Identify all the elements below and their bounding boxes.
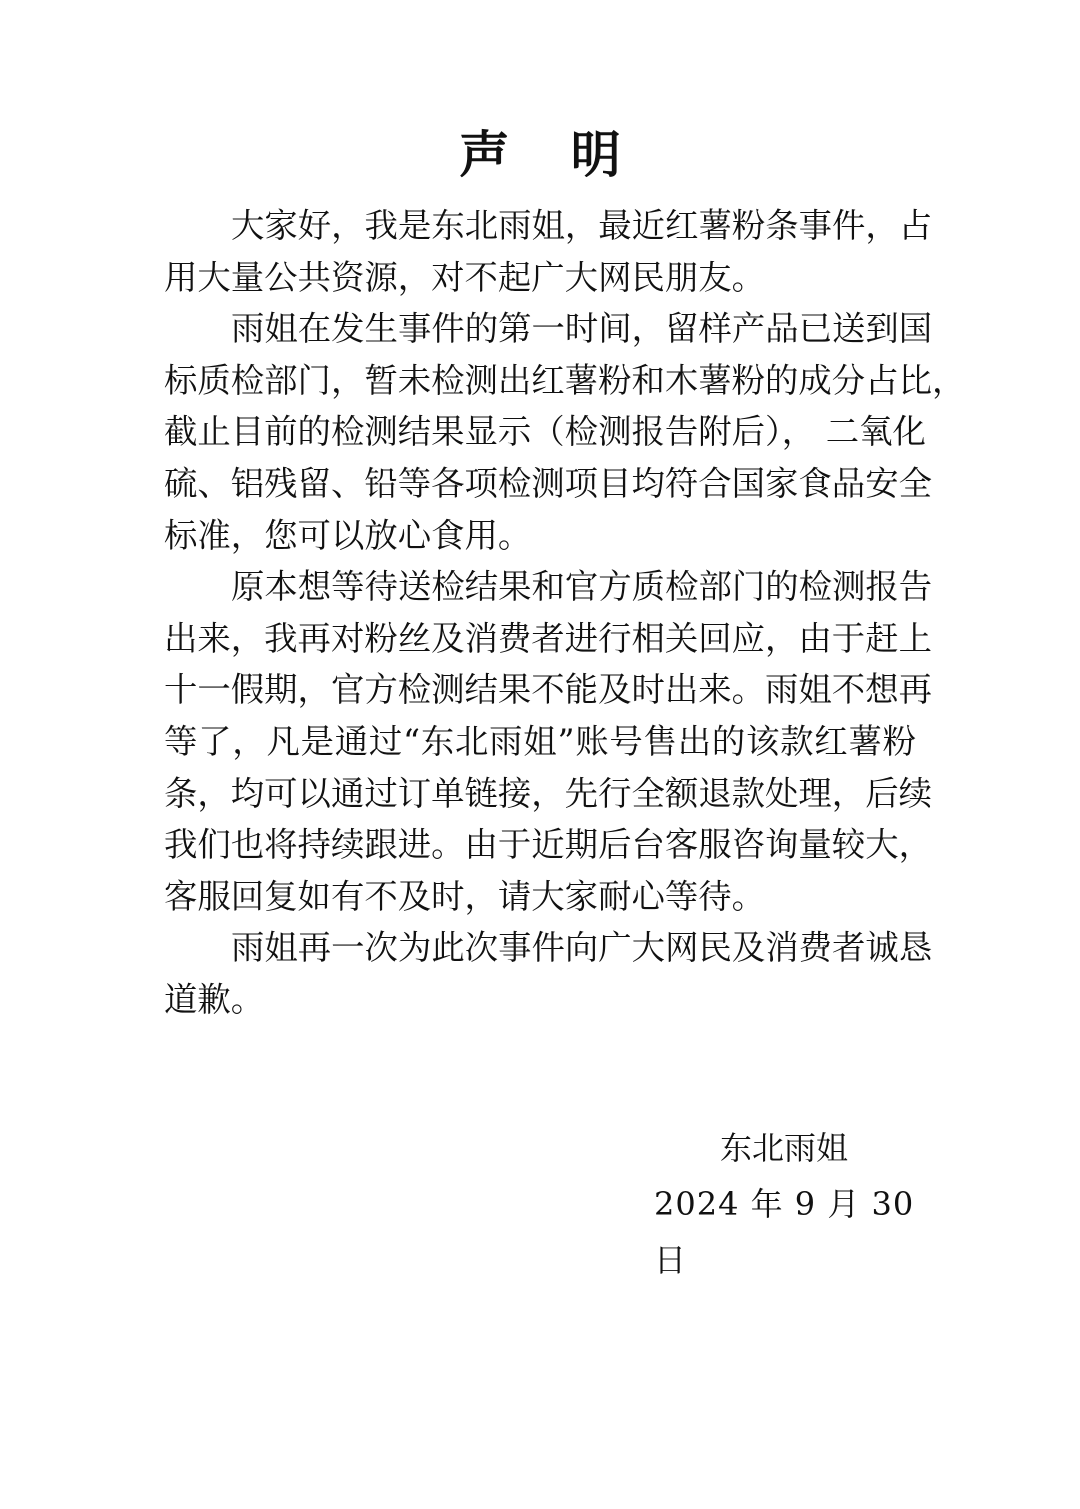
text-line: 大家好，我是东北雨姐，最近红薯粉条事件，占 [164,200,916,252]
paragraph-refund: 原本想等待送检结果和官方质检部门的检测报告 出来，我再对粉丝及消费者进行相关回应… [164,561,916,922]
text-line: 雨姐在发生事件的第一时间，留样产品已送到国 [164,303,916,355]
text-line: 雨姐再一次为此次事件向广大网民及消费者诚恳 [164,922,916,974]
paragraph-closing-apology: 雨姐再一次为此次事件向广大网民及消费者诚恳 道歉。 [164,922,916,1025]
text-line: 用大量公共资源，对不起广大网民朋友。 [164,252,916,304]
text-line: 等了，凡是通过“东北雨姐”账号售出的该款红薯粉 [164,716,916,768]
signature-block: 东北雨姐 2024 年 9 月 30 日 [640,1120,920,1288]
text-line: 十一假期，官方检测结果不能及时出来。雨姐不想再 [164,664,916,716]
document-title: 声 明 [0,120,1080,190]
text-line: 标质检部门，暂未检测出红薯粉和木薯粉的成分占比， [164,355,916,407]
signature-date: 2024 年 9 月 30 日 [640,1176,920,1288]
text-line: 道歉。 [164,974,916,1026]
text-line: 截止目前的检测结果显示（检测报告附后）， 二氧化 [164,406,916,458]
text-line: 硫、铝残留、铅等各项检测项目均符合国家食品安全 [164,458,916,510]
text-line: 出来，我再对粉丝及消费者进行相关回应，由于赶上 [164,613,916,665]
text-line: 原本想等待送检结果和官方质检部门的检测报告 [164,561,916,613]
text-line: 条，均可以通过订单链接，先行全额退款处理，后续 [164,768,916,820]
text-line: 标准，您可以放心食用。 [164,510,916,562]
paragraph-test-results: 雨姐在发生事件的第一时间，留样产品已送到国 标质检部门，暂未检测出红薯粉和木薯粉… [164,303,916,561]
document-body: 大家好，我是东北雨姐，最近红薯粉条事件，占 用大量公共资源，对不起广大网民朋友。… [164,200,916,1026]
text-line: 客服回复如有不及时，请大家耐心等待。 [164,871,916,923]
text-line: 我们也将持续跟进。由于近期后台客服咨询量较大， [164,819,916,871]
signature-name: 东北雨姐 [640,1120,920,1176]
paragraph-apology: 大家好，我是东北雨姐，最近红薯粉条事件，占 用大量公共资源，对不起广大网民朋友。 [164,200,916,303]
